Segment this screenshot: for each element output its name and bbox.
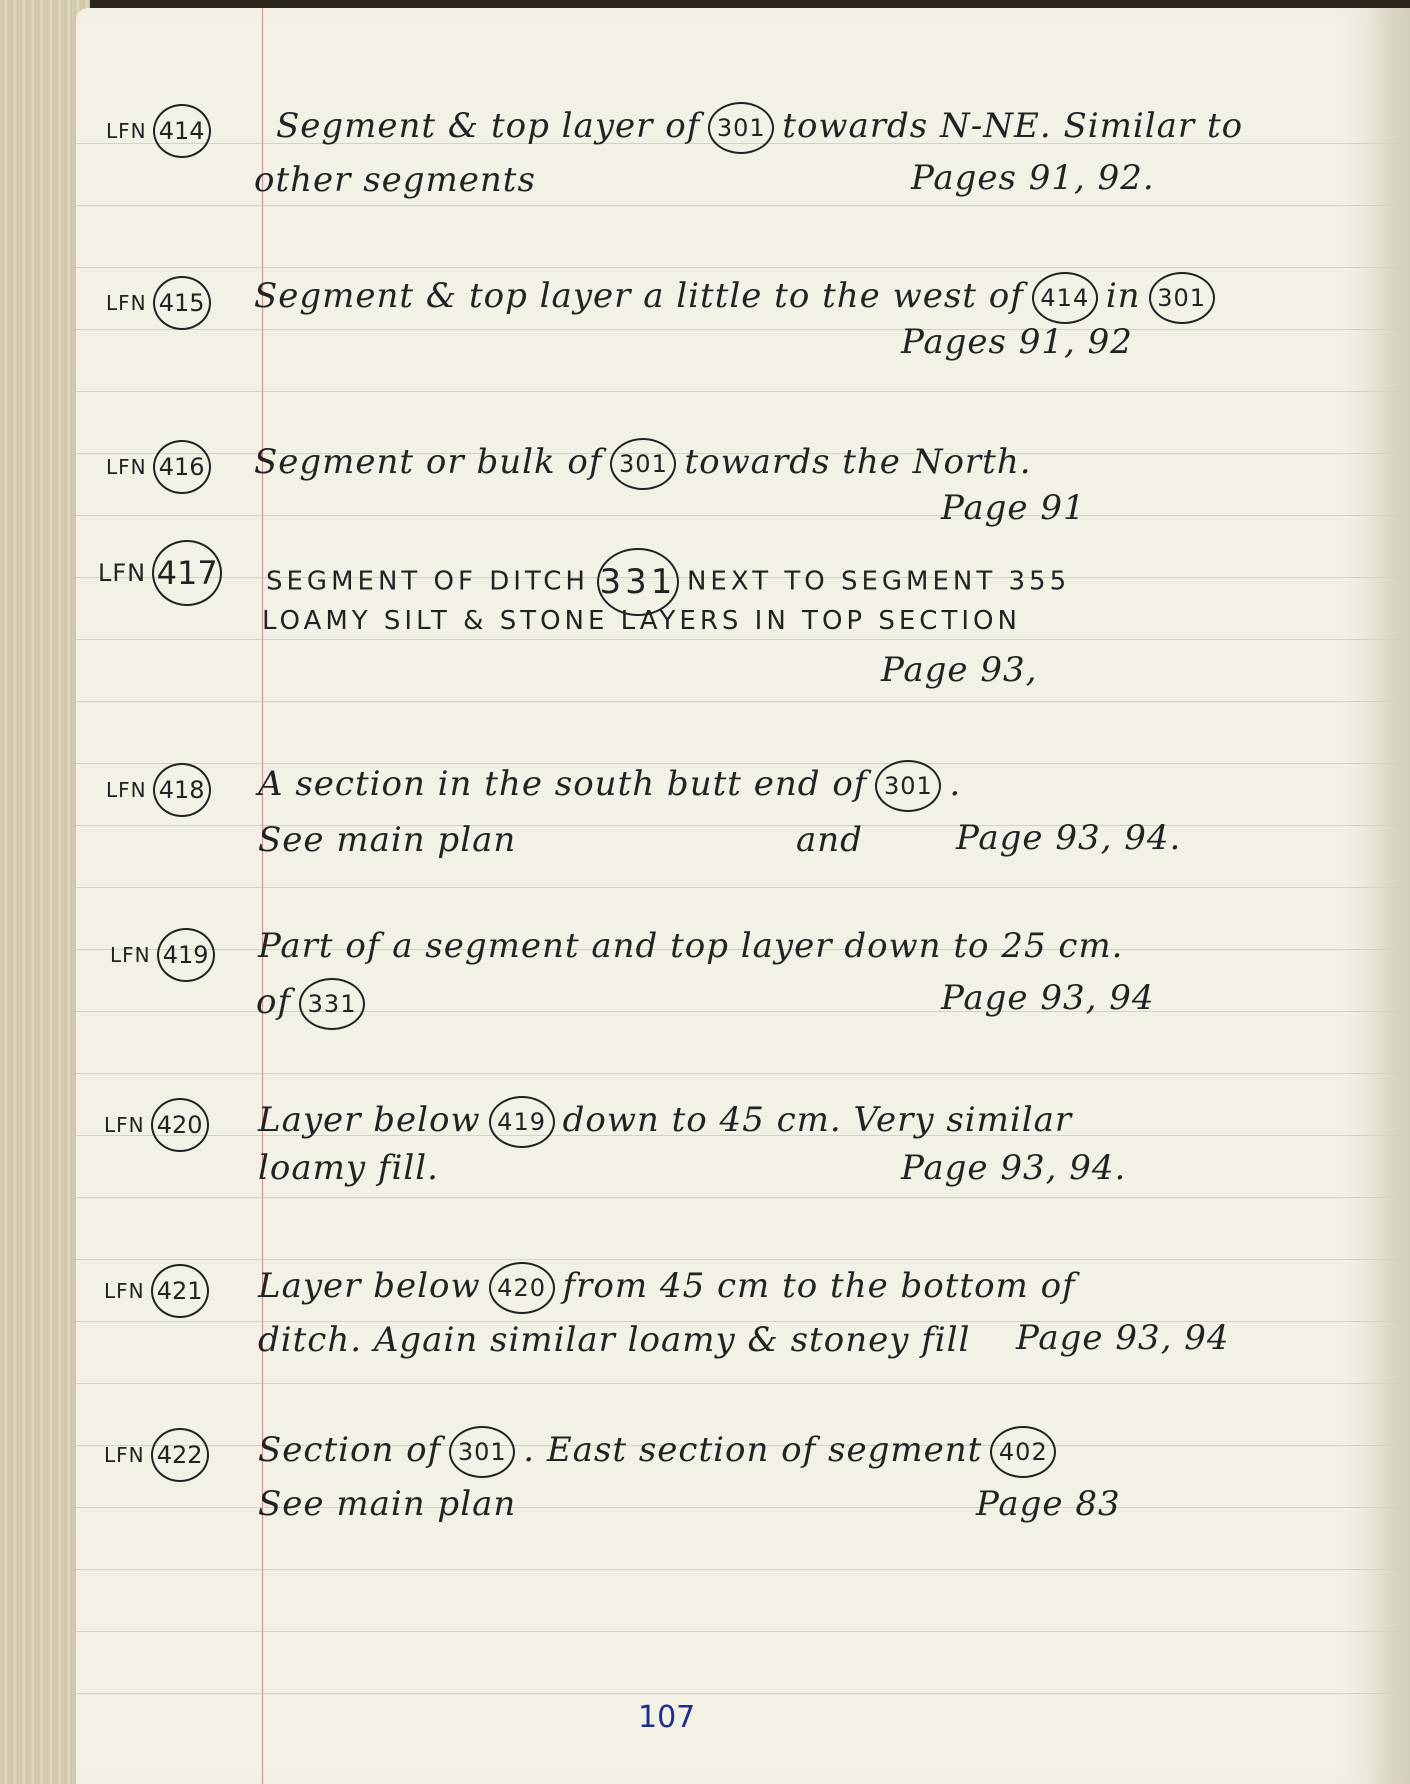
entry-415-line1: Segment & top layer a little to the west… (254, 272, 1223, 324)
entry-422-pages: Page 83 (976, 1484, 1121, 1524)
ruled-line (76, 329, 1410, 330)
entry-414-line1: Segment & top layer of301towards N-NE. S… (276, 102, 1243, 154)
entry-421-line1: Layer below420from 45 cm to the bottom o… (258, 1262, 1076, 1314)
lfn-number-circled: 417 (152, 540, 222, 606)
lfn-label-417: LFN 417 (98, 540, 222, 606)
lfn-label-414: LFN 414 (106, 104, 211, 158)
lfn-label-418: LFN 418 (106, 763, 211, 817)
circled-reference: 301 (708, 102, 774, 154)
lfn-label-421: LFN 421 (104, 1264, 209, 1318)
ruled-line (76, 701, 1410, 702)
entry-419-pages: Page 93, 94 (941, 978, 1154, 1018)
entry-414-pages: Pages 91, 92. (911, 158, 1155, 198)
circled-reference: 301 (610, 438, 676, 490)
ruled-line (76, 1631, 1410, 1632)
ruled-line (76, 1383, 1410, 1384)
lfn-number-circled: 422 (151, 1428, 209, 1482)
entry-418-line1: A section in the south butt end of301. (258, 760, 961, 812)
entry-420-pages: Page 93, 94. (901, 1148, 1126, 1188)
entry-418-pages: Page 93, 94. (956, 818, 1181, 858)
lfn-number-circled: 418 (153, 763, 211, 817)
circled-reference: 419 (489, 1096, 555, 1148)
entry-420-line1: Layer below419down to 45 cm. Very simila… (258, 1096, 1072, 1148)
ruled-line (76, 1073, 1410, 1074)
ruled-line (76, 267, 1410, 268)
entry-420-line2: loamy fill. (258, 1148, 439, 1188)
lfn-label-422: LFN 422 (104, 1428, 209, 1482)
entry-417-pages: Page 93, (881, 650, 1037, 690)
ruled-line (76, 1197, 1410, 1198)
circled-reference: 402 (990, 1426, 1056, 1478)
ruled-line (76, 515, 1410, 516)
lfn-label-419: LFN 419 (110, 928, 215, 982)
ruled-line (76, 1259, 1410, 1260)
entry-419-line2: of331 (256, 978, 373, 1030)
notebook-page: LFN 414 Segment & top layer of301towards… (76, 8, 1410, 1784)
lfn-prefix: LFN (106, 119, 147, 143)
circled-reference: 301 (1149, 272, 1215, 324)
circled-reference: 301 (875, 760, 941, 812)
entry-414-line2: other segments (254, 160, 536, 200)
ruled-line (76, 391, 1410, 392)
lfn-number-circled: 420 (151, 1098, 209, 1152)
page-number: 107 (638, 1700, 695, 1735)
ruled-line (76, 205, 1410, 206)
circled-reference: 301 (449, 1426, 515, 1478)
entry-419-line1: Part of a segment and top layer down to … (258, 926, 1123, 966)
entry-417-line2: LOAMY SILT & STONE LAYERS IN TOP SECTION (262, 606, 1021, 636)
entry-422-line2: See main plan (258, 1484, 516, 1524)
lfn-number-circled: 419 (157, 928, 215, 982)
ruled-line (76, 639, 1410, 640)
lfn-label-420: LFN 420 (104, 1098, 209, 1152)
entry-416-line1: Segment or bulk of301towards the North. (254, 438, 1032, 490)
circled-reference: 414 (1032, 272, 1098, 324)
lfn-number-circled: 416 (153, 440, 211, 494)
lfn-number-circled: 421 (151, 1264, 209, 1318)
entry-421-pages: Page 93, 94 (1016, 1318, 1229, 1358)
entry-415-pages: Pages 91, 92 (901, 322, 1133, 362)
ruled-line (76, 887, 1410, 888)
lfn-label-416: LFN 416 (106, 440, 211, 494)
entry-418-line2: See main plan (258, 820, 516, 860)
entry-416-pages: Page 91 (941, 488, 1086, 528)
lfn-label-415: LFN 415 (106, 276, 211, 330)
entry-421-line2: ditch. Again similar loamy & stoney fill (258, 1320, 970, 1360)
ruled-line (76, 1693, 1410, 1694)
lfn-number-circled: 415 (153, 276, 211, 330)
circled-reference: 331 (299, 978, 365, 1030)
entry-418-line2-and: and (796, 820, 863, 860)
circled-reference: 420 (489, 1262, 555, 1314)
lfn-number-circled: 414 (153, 104, 211, 158)
ruled-line (76, 1569, 1410, 1570)
entry-422-line1: Section of301. East section of segment40… (258, 1426, 1064, 1478)
